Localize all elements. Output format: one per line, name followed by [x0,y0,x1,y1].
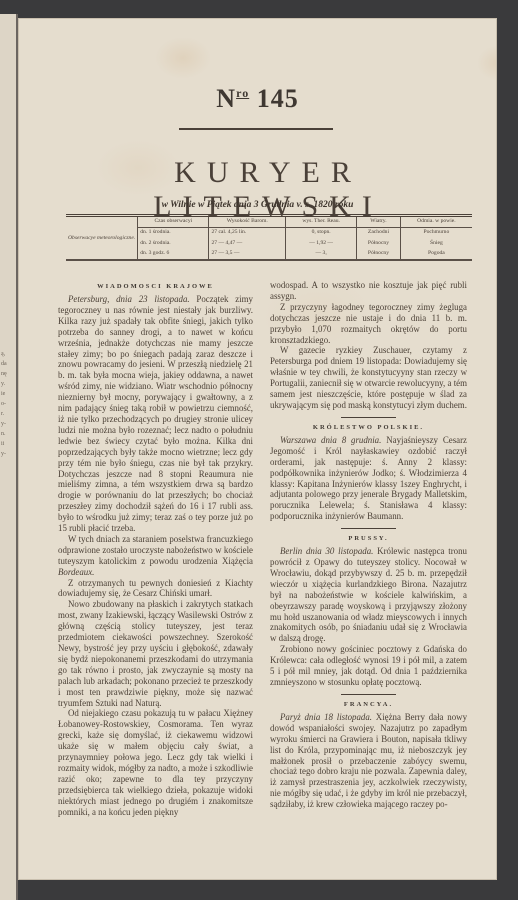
fragment-line: y. [1,380,5,389]
weather-condition: Pochmurno [400,228,472,239]
masthead-rule [179,128,333,130]
fragment-line: nę [1,370,7,379]
dateline-italic: Paryż dnia 18 listopada. [280,712,372,722]
paragraph-text: W tych dniach za staraniem poselstwa fra… [58,534,253,566]
newspaper-page: Nro 145 KURYER LITEWSKI w Wilnie w Piąte… [18,18,497,880]
weather-thermometer: — 3, [286,249,357,259]
weather-time: dn. 1 środnia. [138,228,209,239]
paragraph-text: Królewic następca tronu powrócił z Opawy… [270,546,467,643]
fragment-line: ii [1,440,4,449]
section-divider [341,694,396,695]
article-paragraph: Petersburg, dnia 23 listopada. Początek … [58,294,253,534]
italic-name: Bordeaux. [58,567,94,577]
article-paragraph: Od niejakiego czasu pokazują tu w pałacu… [58,708,253,817]
weather-thermometer: — 1,92 — [286,239,357,249]
dateline-italic: Berlin dnia 30 listopada. [280,546,373,556]
fragment-line: y- [1,450,6,459]
weather-time: dn. 2 środnia. [138,239,209,249]
paragraph-text: Początek zimy tegoroczney u nas równie j… [58,294,253,533]
paragraph-text: Xiężna Berry dała nowy dowód wspaniałośc… [270,712,467,809]
weather-thermometer: 0, stopn. [286,228,357,239]
dateline: w Wilnie w Piątek dnia 3 Grudnia v. s. 1… [18,200,497,210]
weather-row-label: Obserwacye meteorologiczne. [66,217,138,259]
weather-condition: Pogoda [400,249,472,259]
article-paragraph: Z otrzymanych tu pewnych doniesień z Kia… [58,578,253,600]
weather-header: Wiatry. [357,217,401,228]
weather-header: Czas obserwacyi [138,217,209,228]
article-paragraph: Z przyczyny łagodney tegoroczney zimy że… [270,302,467,346]
article-paragraph: wodospad. A to wszystko nie kosztuje jak… [270,280,467,302]
article-paragraph: Warszawa dnia 8 grudnia. Nayjaśnieyszy C… [270,435,467,522]
weather-wind: Północny [357,249,401,259]
issue-prefix-sup: ro [236,86,249,100]
issue-number-value: 145 [257,84,299,113]
issue-prefix: N [216,84,236,113]
left-column: WIADOMOSCI KRAJOWE Petersburg, dnia 23 l… [58,280,253,818]
weather-header: Odmia. w powie. [400,217,472,228]
section-title-france: FRANCYA. [270,701,467,708]
article-paragraph: W tych dniach za staraniem poselstwa fra… [58,534,253,578]
right-column: wodospad. A to wszystko nie kosztuje jak… [270,280,467,810]
weather-time: dn. 3 godz. 6 [138,249,209,259]
section-title-poland: KRÓLESTWO POLSKIE. [270,424,467,431]
adjacent-page-edge: ą, da nę y. ie o- r. y- n. ii y- [0,14,18,900]
weather-condition: Śnieg [400,239,472,249]
issue-number: Nro 145 [18,84,497,114]
fragment-line: ą, [1,350,5,359]
weather-observations-table: Obserwacye meteorologiczne. Czas obserwa… [66,214,472,261]
dateline-italic: Petersburg, dnia 23 listopada. [68,294,190,304]
weather-header: wys. Ther. Reau. [286,217,357,228]
fragment-line: da [1,360,7,369]
weather-wind: Północny [357,239,401,249]
article-paragraph: W gazecie ryzkiey Zuschauer, czytamy z P… [270,345,467,410]
section-title-domestic-news: WIADOMOSCI KRAJOWE [58,283,253,290]
fragment-line: o- [1,400,6,409]
dateline-italic: Warszawa dnia 8 grudnia. [280,435,381,445]
weather-barometer: 27 — 3,5 — [209,249,286,259]
fragment-line: y- [1,420,6,429]
section-divider [341,528,396,529]
article-paragraph: Nowo zbudowany na płaskich i zakrytych s… [58,599,253,708]
section-divider [341,417,396,418]
fragment-line: ie [1,390,5,399]
weather-header: Wysokość Barom. [209,217,286,228]
paragraph-text: Nayjaśnieyszy Cesarz Jegomość i Król nay… [270,435,467,521]
fragment-line: n. [1,430,6,439]
weather-barometer: 27 — 4,47 — [209,239,286,249]
weather-wind: Zachodni [357,228,401,239]
weather-barometer: 27 cal. 4,25 lin. [209,228,286,239]
article-paragraph: Berlin dnia 30 listopada. Królewic nastę… [270,546,467,644]
section-title-prussia: PRUSSY. [270,535,467,542]
article-paragraph: Paryż dnia 18 listopada. Xiężna Berry da… [270,712,467,810]
fragment-line: r. [1,410,4,419]
article-paragraph: Zrobiono nowy gościniec pocztowy z Gdańs… [270,644,467,688]
